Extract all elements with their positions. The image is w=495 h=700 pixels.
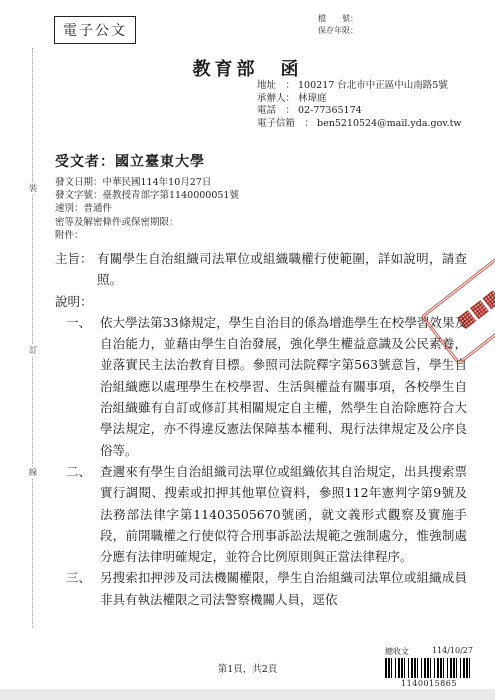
phone-label: 電話 ： xyxy=(257,105,295,118)
document-title: 教育部 函 xyxy=(0,55,495,81)
contact-person-row: 承辦人： 林瑋庭 xyxy=(257,93,472,106)
document-body: 主旨： 有關學生自治組織司法單位或組織職權行使範圍，詳如說明，請查照。 說明： … xyxy=(55,248,467,610)
attachment-row: 附件： xyxy=(55,229,239,242)
description-label: 說明： xyxy=(55,291,467,312)
retention-period-label: 保存年限： xyxy=(318,25,358,37)
sender-address-row: 地址 ： 100217 台北市中正區中山南路5號 xyxy=(257,80,472,93)
email-value: ben5210524@mail.yda.gov.tw xyxy=(317,118,472,131)
official-document-page: 電子公文 檔 號： 保存年限： 教育部 函 地址 ： 100217 台北市中正區… xyxy=(0,0,495,700)
binding-mark-zhuang: 裝 xyxy=(27,182,39,194)
received-stamp-header: 總收文 114/10/27 xyxy=(385,646,473,657)
scan-edge-strip xyxy=(0,689,495,700)
issue-date-value: 中華民國114年10月27日 xyxy=(103,177,212,188)
received-label: 總收文 xyxy=(385,646,409,657)
item-2-number: 二、 xyxy=(66,461,100,567)
priority-row: 速別：普通件 xyxy=(55,202,239,215)
email-row: 電子信箱 ： ben5210524@mail.yda.gov.tw xyxy=(257,118,472,131)
item-3-text: 另搜索扣押涉及司法機關權限，學生自治組織司法單位或組織成員非具有執法權限之司法警… xyxy=(100,567,467,610)
binding-mark-ding: 訂 xyxy=(27,344,39,356)
recipient-line: 受文者：國立臺東大學 xyxy=(55,151,205,171)
address-value: 100217 台北市中正區中山南路5號 xyxy=(298,80,472,93)
sender-info-block: 地址 ： 100217 台北市中正區中山南路5號 承辦人： 林瑋庭 電話 ： 0… xyxy=(257,80,472,130)
doc-number-label: 發文字號： xyxy=(55,190,103,201)
subject-text: 有關學生自治組織司法單位或組織職權行使範圍，詳如說明，請查照。 xyxy=(97,248,467,291)
received-stamp-block: 總收文 114/10/27 1140015865 xyxy=(385,646,473,688)
priority-label: 速別： xyxy=(55,203,84,214)
binding-dotted-line xyxy=(32,48,33,628)
subject-label: 主旨： xyxy=(55,248,97,291)
item-3-number: 三、 xyxy=(66,567,100,610)
file-number-label: 檔 號： xyxy=(318,13,358,25)
received-date: 114/10/27 xyxy=(432,646,473,657)
phone-row: 電話 ： 02-77365174 xyxy=(257,105,472,118)
recipient-value: 國立臺東大學 xyxy=(115,154,205,170)
attachment-label: 附件： xyxy=(55,230,84,241)
file-number-block: 檔 號： 保存年限： xyxy=(318,13,358,37)
item-1-text: 依大學法第33條規定，學生自治目的係為增進學生在校學習效果及自治能力，並藉由學生… xyxy=(100,312,467,461)
binding-mark-xian: 線 xyxy=(27,466,39,478)
address-label: 地址 ： xyxy=(257,80,295,93)
phone-value: 02-77365174 xyxy=(298,105,472,118)
classification-label: 密等及解密條件或保密期限： xyxy=(55,217,179,228)
recipient-label: 受文者： xyxy=(55,154,115,170)
subject-section: 主旨： 有關學生自治組織司法單位或組織職權行使範圍，詳如說明，請查照。 xyxy=(55,248,467,291)
issue-date-label: 發文日期： xyxy=(55,177,103,188)
received-number: 1140015865 xyxy=(385,679,473,688)
electronic-document-badge: 電子公文 xyxy=(54,16,136,44)
classification-row: 密等及解密條件或保密期限： xyxy=(55,216,239,229)
description-item-1: 一、 依大學法第33條規定，學生自治目的係為增進學生在校學習效果及自治能力，並藉… xyxy=(66,312,467,461)
doc-number-row: 發文字號：臺教授青部字第1140000051號 xyxy=(55,189,239,202)
description-item-2: 二、 查邇來有學生自治組織司法單位或組織依其自治規定，出具搜索票實行調閱、搜索或… xyxy=(66,461,467,567)
doc-number-value: 臺教授青部字第1140000051號 xyxy=(103,190,239,201)
issue-date-row: 發文日期：中華民國114年10月27日 xyxy=(55,176,239,189)
contact-person-value: 林瑋庭 xyxy=(298,93,472,106)
received-barcode xyxy=(385,658,473,678)
description-item-3: 三、 另搜索扣押涉及司法機關權限，學生自治組織司法單位或組織成員非具有執法權限之… xyxy=(66,567,467,610)
item-2-text: 查邇來有學生自治組織司法單位或組織依其自治規定，出具搜索票實行調閱、搜索或扣押其… xyxy=(100,461,467,567)
contact-person-label: 承辦人： xyxy=(257,93,295,106)
email-label: 電子信箱 ： xyxy=(257,118,314,131)
item-1-number: 一、 xyxy=(66,312,100,461)
priority-value: 普通件 xyxy=(84,203,113,214)
document-meta-block: 發文日期：中華民國114年10月27日 發文字號：臺教授青部字第11400000… xyxy=(55,176,239,242)
